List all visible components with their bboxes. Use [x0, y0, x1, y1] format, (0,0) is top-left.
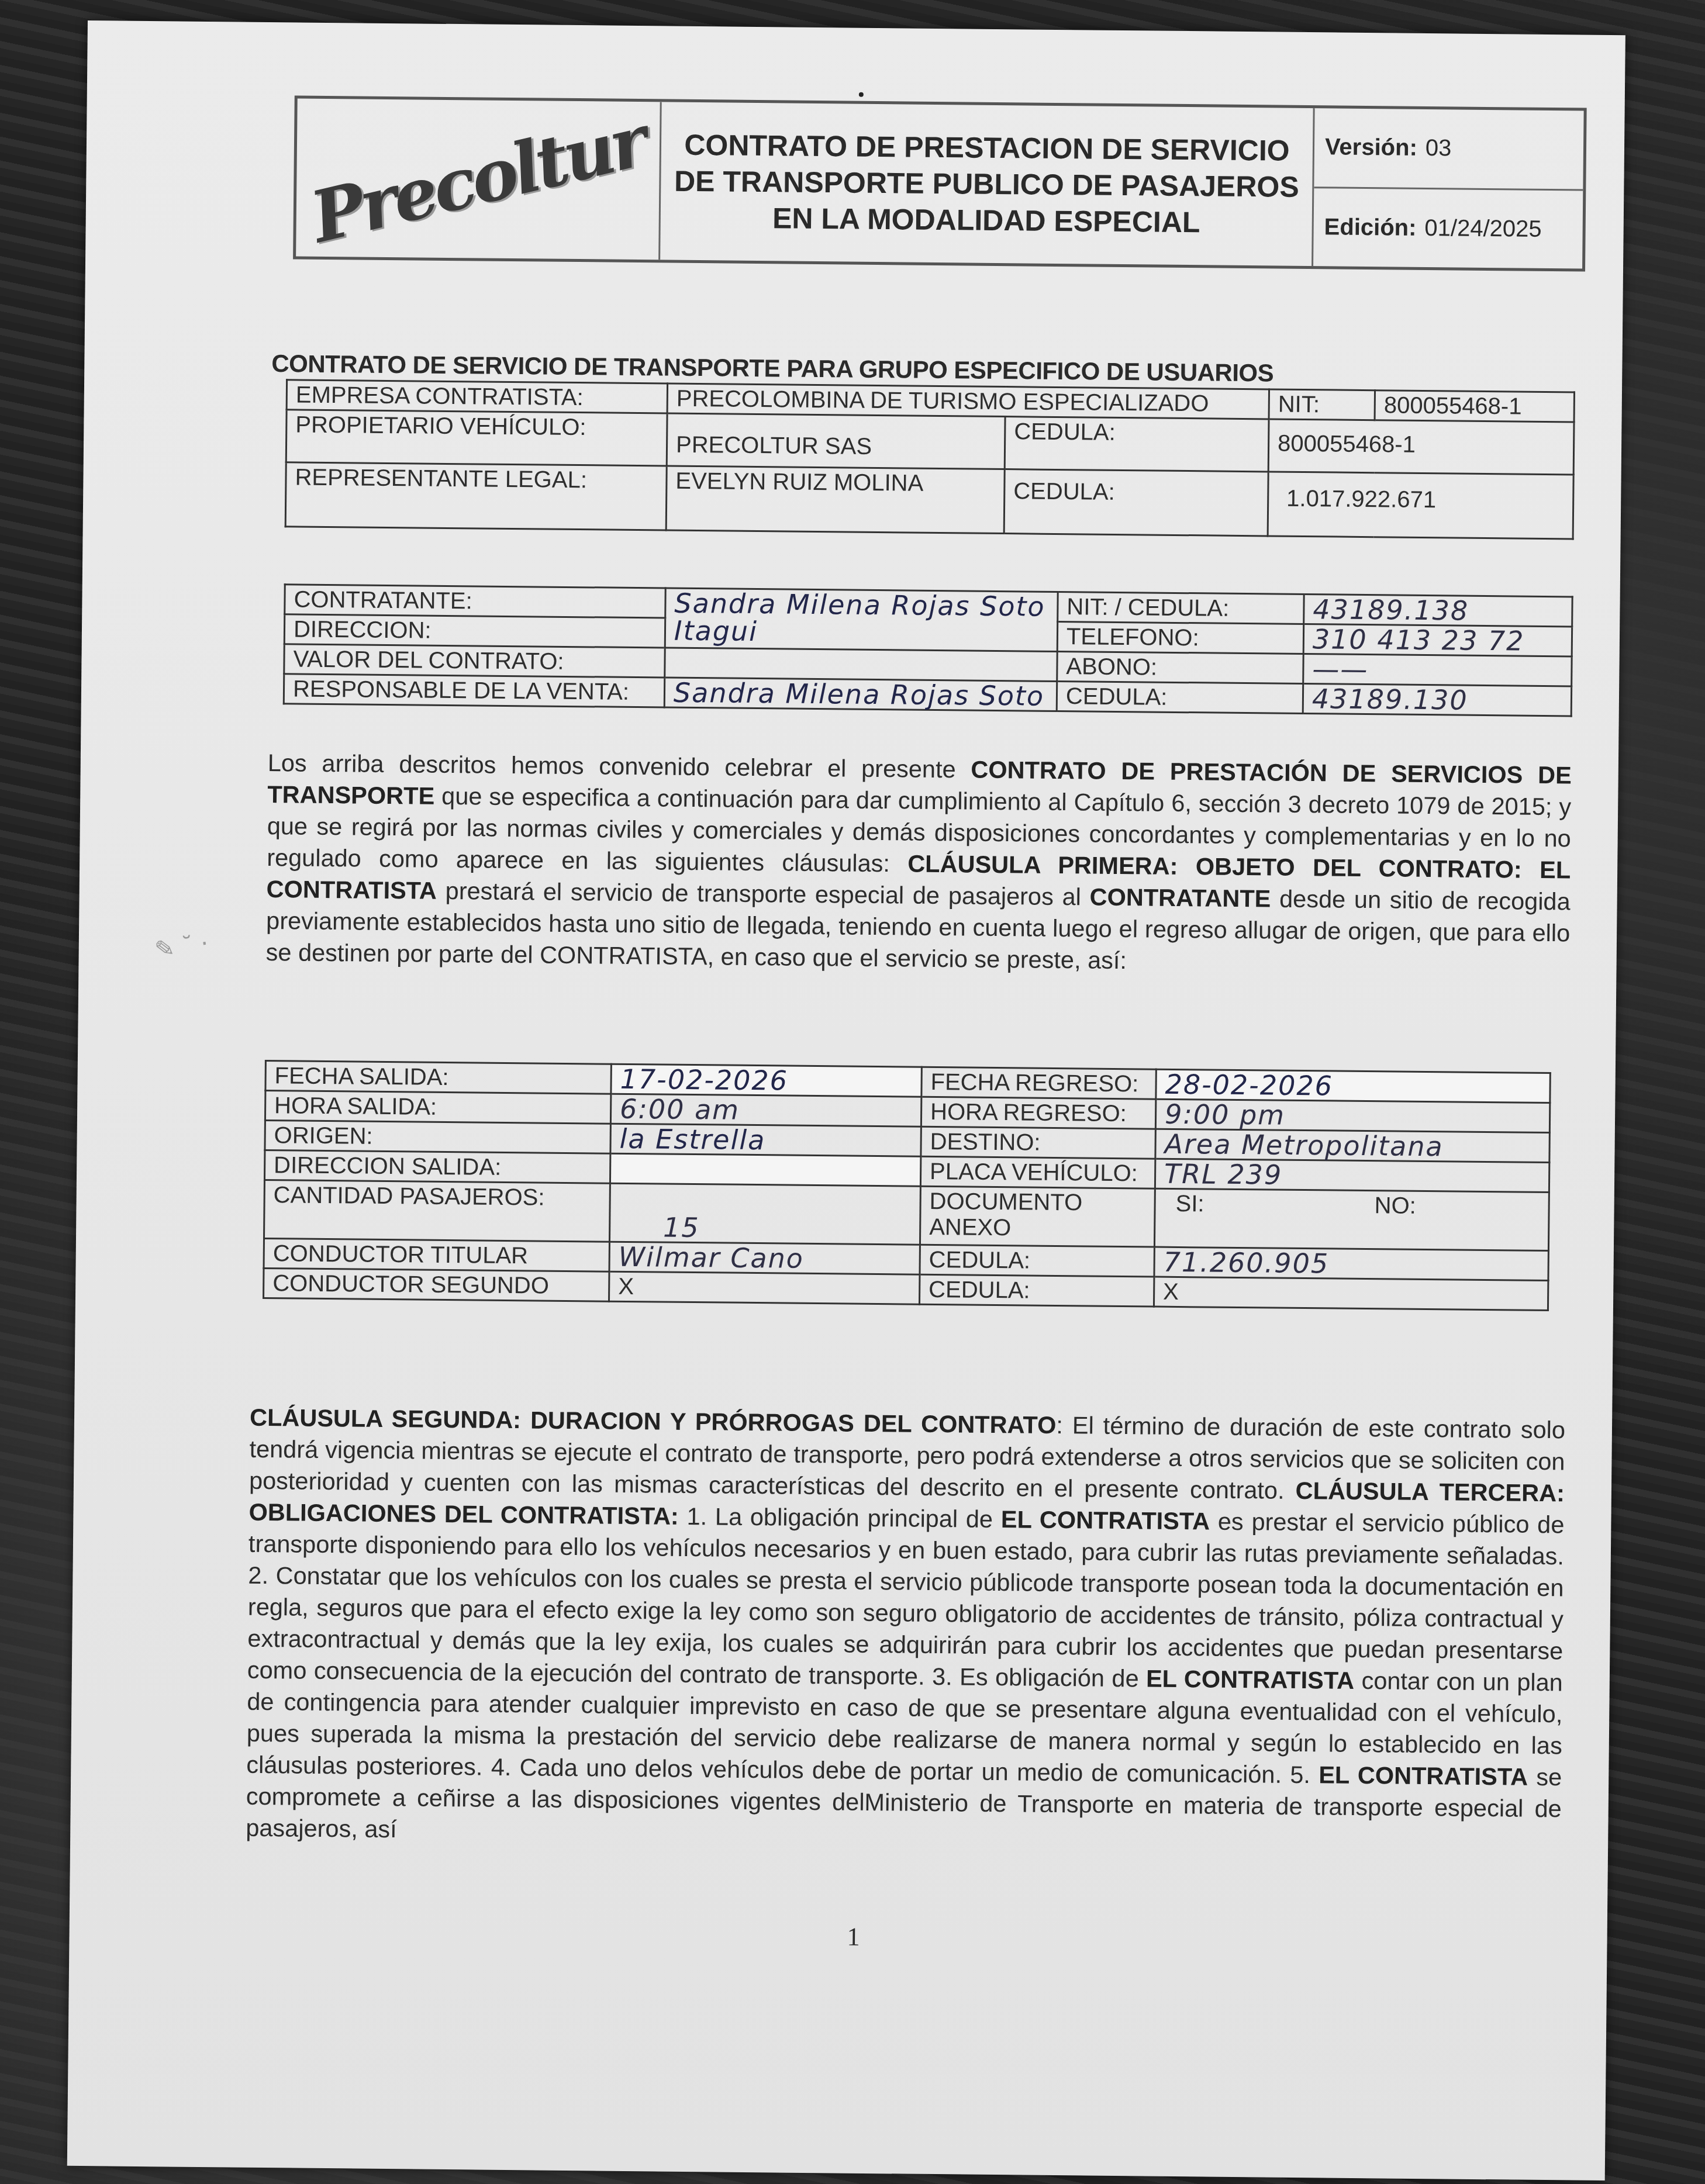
responsable-value[interactable]: Sandra Milena Rojas Soto [664, 678, 1057, 711]
abono-value[interactable]: —— [1303, 654, 1572, 686]
telefono-label: TELEFONO: [1057, 621, 1303, 654]
client-nit-label: NIT: / CEDULA: [1058, 592, 1304, 624]
placa-value[interactable]: TRL 239 [1155, 1159, 1549, 1192]
version-block: Versión:03 Edición:01/24/2025 [1313, 108, 1584, 268]
propietario-cedula-label: CEDULA: [1005, 417, 1269, 472]
abono-label: ABONO: [1057, 651, 1303, 683]
pasajeros-value[interactable]: 15 [609, 1183, 920, 1245]
origen-label: ORIGEN: [265, 1120, 610, 1153]
contractor-table: EMPRESA CONTRATISTA: PRECOLOMBINA DE TUR… [285, 379, 1575, 540]
conductor-titular-cedula-label: CEDULA: [920, 1245, 1154, 1277]
clauses-paragraph: CLÁUSULA SEGUNDA: DURACION Y PRÓRROGAS D… [246, 1402, 1565, 1857]
direccion-salida-value[interactable] [610, 1153, 920, 1186]
client-cedula-label: CEDULA: [1057, 681, 1303, 713]
valor-value[interactable] [665, 648, 1057, 681]
fecha-regreso-value[interactable]: 28-02-2026 [1156, 1069, 1550, 1103]
margin-marks: ✎ ˘ · [153, 930, 210, 963]
page-number: 1 [847, 1922, 860, 1952]
valor-label: VALOR DEL CONTRATO: [284, 644, 665, 678]
empresa-label: EMPRESA CONTRATISTA: [287, 380, 667, 413]
client-table: CONTRATANTE: Sandra Milena Rojas Soto It… [283, 583, 1573, 717]
responsable-label: RESPONSABLE DE LA VENTA: [284, 674, 664, 707]
documento-anexo-options: SI: NO: [1154, 1188, 1549, 1250]
pasajeros-label: CANTIDAD PASAJEROS: [264, 1180, 610, 1242]
client-nit-value[interactable]: 43189.138 [1304, 595, 1572, 627]
trip-table: FECHA SALIDA: 17-02-2026 FECHA REGRESO: … [263, 1060, 1551, 1311]
si-checkbox[interactable]: SI: [1175, 1191, 1204, 1217]
document-title: CONTRATO DE PRESTACION DE SERVICIO DE TR… [660, 102, 1315, 266]
conductor-segundo-cedula-value[interactable]: X [1154, 1277, 1548, 1310]
conductor-segundo-cedula-label: CEDULA: [919, 1274, 1154, 1307]
nit-value: 800055468-1 [1375, 391, 1574, 422]
punch-mark [859, 92, 864, 97]
hora-salida-value[interactable]: 6:00 am [610, 1094, 921, 1126]
no-checkbox[interactable]: NO: [1374, 1193, 1416, 1219]
fecha-regreso-label: FECHA REGRESO: [921, 1067, 1156, 1099]
contratante-field[interactable]: Sandra Milena Rojas Soto Itagui [665, 588, 1058, 651]
title-line: CONTRATO DE PRESTACION DE SERVICIO [674, 127, 1299, 169]
representante-cedula-label: CEDULA: [1004, 469, 1268, 536]
conductor-segundo-value[interactable]: X [609, 1271, 920, 1304]
title-line: DE TRANSPORTE PUBLICO DE PASAJEROS [674, 163, 1299, 205]
hora-salida-label: HORA SALIDA: [265, 1091, 610, 1124]
fecha-salida-label: FECHA SALIDA: [265, 1061, 611, 1094]
representante-label: REPRESENTANTE LEGAL: [285, 462, 667, 530]
propietario-cedula-value: 800055468-1 [1268, 419, 1574, 475]
conductor-titular-value[interactable]: Wilmar Cano [609, 1242, 920, 1274]
propietario-label: PROPIETARIO VEHÍCULO: [286, 410, 667, 466]
representante-cedula-value: 1.017.922.671 [1268, 472, 1573, 539]
version-row: Versión:03 [1314, 108, 1583, 191]
placa-label: PLACA VEHÍCULO: [920, 1156, 1155, 1188]
destino-label: DESTINO: [921, 1126, 1155, 1159]
nit-label: NIT: [1269, 389, 1375, 420]
documento-anexo-label: DOCUMENTO ANEXO [920, 1186, 1155, 1247]
conductor-segundo-label: CONDUCTOR SEGUNDO [264, 1268, 609, 1301]
origen-value[interactable]: la Estrella [610, 1124, 921, 1156]
conductor-titular-cedula-value[interactable]: 71.260.905 [1154, 1247, 1548, 1280]
propietario-value: PRECOLTUR SAS [667, 413, 1005, 469]
direccion-value: Itagui [674, 615, 758, 647]
logo-wordmark: Precoltur [303, 99, 653, 258]
edition-row: Edición:01/24/2025 [1313, 188, 1583, 269]
conductor-titular-label: CONDUCTOR TITULAR [264, 1238, 609, 1271]
title-line: EN LA MODALIDAD ESPECIAL [674, 199, 1299, 241]
company-logo: Precoltur [296, 98, 662, 260]
direccion-label: DIRECCION: [284, 614, 665, 648]
client-cedula-value[interactable]: 43189.130 [1303, 684, 1571, 716]
hora-regreso-value[interactable]: 9:00 pm [1155, 1099, 1549, 1132]
contract-page: Precoltur CONTRATO DE PRESTACION DE SERV… [67, 20, 1625, 2180]
intro-paragraph: Los arriba descritos hemos convenido cel… [265, 747, 1572, 980]
document-header: Precoltur CONTRATO DE PRESTACION DE SERV… [293, 95, 1587, 271]
destino-value[interactable]: Area Metropolitana [1155, 1129, 1549, 1162]
direccion-salida-label: DIRECCION SALIDA: [264, 1150, 610, 1183]
representante-value: EVELYN RUIZ MOLINA [666, 466, 1005, 534]
fecha-salida-value[interactable]: 17-02-2026 [611, 1064, 921, 1097]
telefono-value[interactable]: 310 413 23 72 [1303, 624, 1572, 656]
contratante-label: CONTRATANTE: [285, 585, 665, 618]
hora-regreso-label: HORA REGRESO: [921, 1097, 1155, 1129]
